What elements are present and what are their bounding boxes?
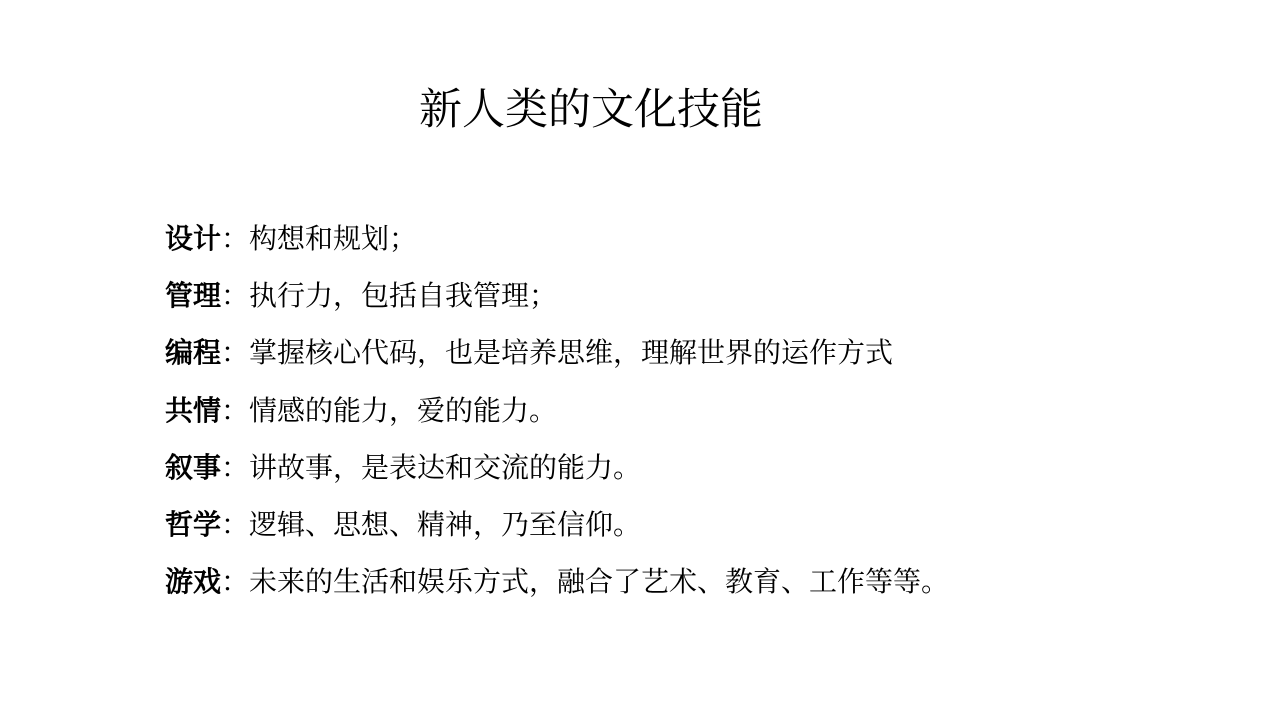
skill-desc: 掌握核心代码，也是培养思维，理解世界的运作方式 (249, 337, 893, 368)
skill-item-games: 游戏：未来的生活和娱乐方式，融合了艺术、教育、工作等等。 (165, 553, 949, 610)
skill-colon: ： (221, 452, 249, 483)
skill-colon: ： (221, 509, 249, 540)
presentation-slide: 新人类的文化技能 设计：构想和规划； 管理：执行力，包括自我管理； 编程：掌握核… (0, 0, 1280, 720)
skill-colon: ： (221, 395, 249, 426)
skill-colon: ： (221, 223, 249, 254)
skill-term: 游戏 (165, 566, 221, 597)
skill-item-philosophy: 哲学：逻辑、思想、精神，乃至信仰。 (165, 496, 949, 553)
skill-term: 共情 (165, 395, 221, 426)
skill-term: 管理 (165, 280, 221, 311)
skill-list: 设计：构想和规划； 管理：执行力，包括自我管理； 编程：掌握核心代码，也是培养思… (165, 210, 949, 610)
skill-colon: ： (221, 280, 249, 311)
skill-desc: 构想和规划； (249, 223, 417, 254)
skill-item-programming: 编程：掌握核心代码，也是培养思维，理解世界的运作方式 (165, 324, 949, 381)
skill-item-management: 管理：执行力，包括自我管理； (165, 267, 949, 324)
skill-term: 叙事 (165, 452, 221, 483)
skill-term: 编程 (165, 337, 221, 368)
skill-term: 设计 (165, 223, 221, 254)
skill-term: 哲学 (165, 509, 221, 540)
skill-item-narrative: 叙事：讲故事，是表达和交流的能力。 (165, 439, 949, 496)
skill-desc: 逻辑、思想、精神，乃至信仰。 (249, 509, 641, 540)
skill-desc: 情感的能力，爱的能力。 (249, 395, 557, 426)
skill-desc: 讲故事，是表达和交流的能力。 (249, 452, 641, 483)
skill-colon: ： (221, 337, 249, 368)
skill-item-empathy: 共情：情感的能力，爱的能力。 (165, 382, 949, 439)
skill-desc: 未来的生活和娱乐方式，融合了艺术、教育、工作等等。 (249, 566, 949, 597)
skill-item-design: 设计：构想和规划； (165, 210, 949, 267)
skill-colon: ： (221, 566, 249, 597)
skill-desc: 执行力，包括自我管理； (249, 280, 557, 311)
slide-title: 新人类的文化技能 (165, 86, 1017, 135)
